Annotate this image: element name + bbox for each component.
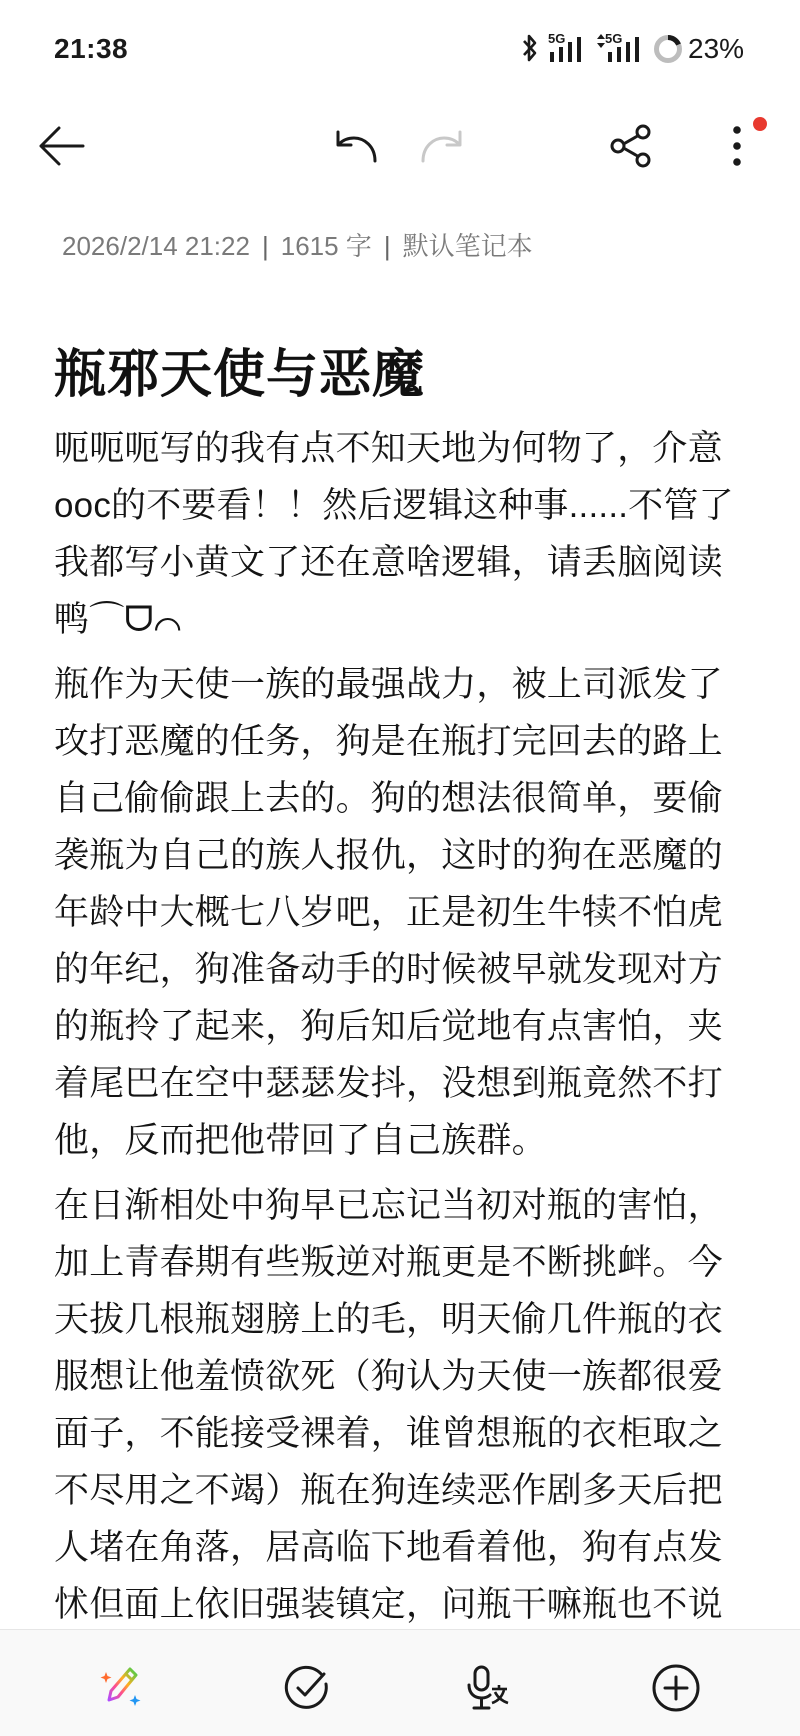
battery-ring-icon bbox=[653, 34, 683, 64]
share-icon bbox=[608, 123, 654, 169]
meta-separator: | bbox=[262, 231, 269, 262]
note-meta: 2026/2/14 21:22|1615 字|默认笔记本 bbox=[62, 226, 533, 263]
note-title[interactable]: 瓶邪天使与恶魔 bbox=[54, 332, 425, 407]
text-line: 在日渐相处中狗早已忘记当初对瓶的害怕， bbox=[54, 1177, 754, 1234]
text-line: 不尽用之不竭）瓶在狗连续恶作剧多天后把 bbox=[54, 1462, 754, 1519]
back-button[interactable] bbox=[31, 116, 91, 176]
meta-separator: | bbox=[384, 231, 391, 262]
text-line: 怵但面上依旧强装镇定，问瓶干嘛瓶也不说 bbox=[54, 1576, 754, 1633]
text-line: 我都写小黄文了还在意啥逻辑，请丢脑阅读 bbox=[54, 534, 754, 591]
redo-icon bbox=[418, 128, 464, 164]
text-line: 呃呃呃写的我有点不知天地为何物了，介意 bbox=[54, 420, 754, 477]
check-circle-icon bbox=[284, 1665, 330, 1711]
redo-button[interactable] bbox=[411, 116, 471, 176]
text-line: 面子，不能接受裸着，谁曾想瓶的衣柜取之 bbox=[54, 1405, 754, 1462]
paragraph: 呃呃呃写的我有点不知天地为何物了，介意 ooc的不要看！！然后逻辑这种事....… bbox=[54, 420, 754, 648]
mic-translate-icon bbox=[465, 1665, 515, 1711]
status-time: 21:38 bbox=[54, 33, 128, 65]
undo-button[interactable] bbox=[327, 116, 387, 176]
battery-percent: 23% bbox=[688, 33, 744, 65]
notification-dot bbox=[753, 117, 767, 131]
text-line: 年龄中大概七八岁吧，正是初生牛犊不怕虎 bbox=[54, 884, 754, 941]
text-line: 的瓶拎了起来，狗后知后觉地有点害怕，夹 bbox=[54, 998, 754, 1055]
signal-icon: 5G bbox=[548, 33, 584, 63]
paragraph: 在日渐相处中狗早已忘记当初对瓶的害怕， 加上青春期有些叛逆对瓶更是不断挑衅。今 … bbox=[54, 1177, 754, 1633]
text-line: 瓶作为天使一族的最强战力，被上司派发了 bbox=[54, 656, 754, 713]
status-bar: 21:38 5G 5G 23% bbox=[0, 0, 800, 100]
text-line: 攻打恶魔的任务，狗是在瓶打完回去的路上 bbox=[54, 713, 754, 770]
text-line: 自己偷偷跟上去的。狗的想法很简单，要偷 bbox=[54, 770, 754, 827]
word-count: 1615 字 bbox=[281, 231, 372, 261]
plus-circle-icon bbox=[651, 1663, 701, 1713]
note-body[interactable]: 呃呃呃写的我有点不知天地为何物了，介意 ooc的不要看！！然后逻辑这种事....… bbox=[54, 420, 754, 1641]
bottom-action-bar bbox=[0, 1629, 800, 1736]
notebook-name[interactable]: 默认笔记本 bbox=[403, 231, 533, 261]
text-line: ooc的不要看！！然后逻辑这种事......不管了 bbox=[54, 477, 754, 534]
arrow-left-icon bbox=[37, 126, 85, 166]
paragraph: 瓶作为天使一族的最强战力，被上司派发了 攻打恶魔的任务，狗是在瓶打完回去的路上 … bbox=[54, 656, 754, 1169]
signal-data-icon: 5G bbox=[596, 33, 642, 63]
text-line: 他，反而把他带回了自己族群。 bbox=[54, 1112, 754, 1169]
undo-icon bbox=[334, 128, 380, 164]
text-line: 天拔几根瓶翅膀上的毛，明天偷几件瓶的衣 bbox=[54, 1291, 754, 1348]
text-line: 服想让他羞愤欲死（狗认为天使一族都很爱 bbox=[54, 1348, 754, 1405]
ai-write-button[interactable] bbox=[93, 1658, 153, 1718]
note-datetime: 2026/2/14 21:22 bbox=[62, 231, 250, 261]
bluetooth-icon bbox=[522, 33, 538, 63]
add-button[interactable] bbox=[646, 1658, 706, 1718]
share-button[interactable] bbox=[601, 116, 661, 176]
todo-button[interactable] bbox=[277, 1658, 337, 1718]
note-toolbar bbox=[0, 100, 800, 195]
text-line: 着尾巴在空中瑟瑟发抖，没想到瓶竟然不打 bbox=[54, 1055, 754, 1112]
text-line: 袭瓶为自己的族人报仇，这时的狗在恶魔的 bbox=[54, 827, 754, 884]
text-line: 鸭⌒ᗜ⌒ bbox=[54, 591, 754, 648]
ai-pen-sparkle-icon bbox=[99, 1664, 147, 1712]
text-line: 加上青春期有些叛逆对瓶更是不断挑衅。今 bbox=[54, 1234, 754, 1291]
text-line: 人堵在角落，居高临下地看着他，狗有点发 bbox=[54, 1519, 754, 1576]
text-line: 的年纪，狗准备动手的时候被早就发现对方 bbox=[54, 941, 754, 998]
voice-to-text-button[interactable] bbox=[460, 1658, 520, 1718]
more-vertical-icon bbox=[731, 124, 743, 168]
